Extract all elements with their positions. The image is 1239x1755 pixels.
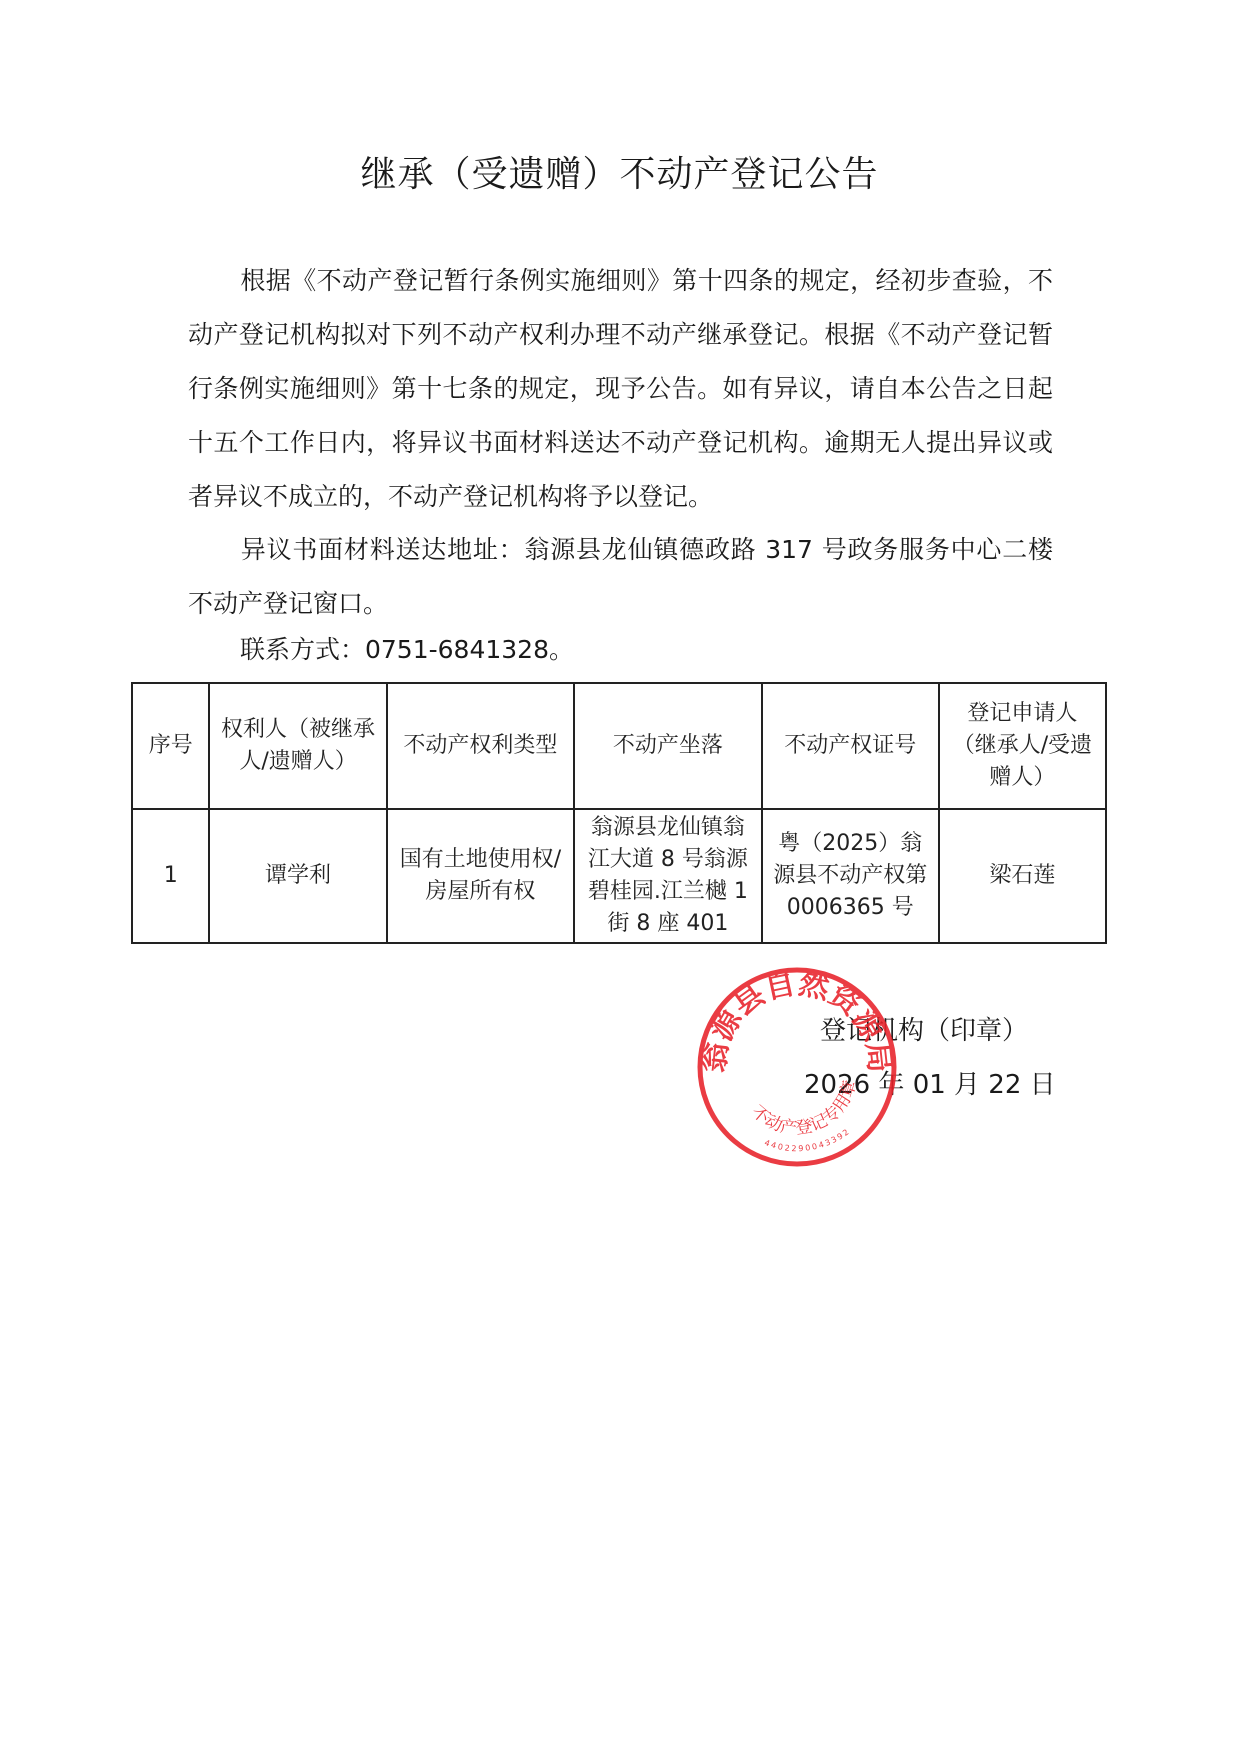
header-certificate-no: 不动产权证号 — [762, 683, 939, 809]
contact-text: 联系方式：0751-6841328。 — [240, 635, 574, 664]
objection-address-text: 异议书面材料送达地址：翁源县龙仙镇德政路 317 号政务服务中心二楼不动产登记窗… — [188, 535, 1053, 618]
registration-table: 序号 权利人（被继承人/遗赠人） 不动产权利类型 不动产坐落 不动产权证号 登记… — [131, 682, 1107, 944]
cell-right-type: 国有土地使用权/房屋所有权 — [387, 809, 574, 943]
objection-address-paragraph: 异议书面材料送达地址：翁源县龙仙镇德政路 317 号政务服务中心二楼不动产登记窗… — [188, 523, 1053, 631]
cell-index: 1 — [132, 809, 209, 943]
page-title: 继承（受遗赠）不动产登记公告 — [0, 146, 1239, 197]
cell-applicant: 梁石莲 — [939, 809, 1106, 943]
table-row: 1 谭学利 国有土地使用权/房屋所有权 翁源县龙仙镇翁江大道 8 号翁源碧桂园.… — [132, 809, 1106, 943]
cell-certificate-no: 粤（2025）翁源县不动产权第 0006365 号 — [762, 809, 939, 943]
header-holder: 权利人（被继承人/遗赠人） — [209, 683, 386, 809]
notice-paragraph: 根据《不动产登记暂行条例实施细则》第十四条的规定，经初步查验，不动产登记机构拟对… — [188, 254, 1053, 524]
cell-holder: 谭学利 — [209, 809, 386, 943]
seal-serial-number: 4402290043392 — [763, 1126, 852, 1153]
svg-text:4402290043392: 4402290043392 — [763, 1126, 852, 1153]
cell-location: 翁源县龙仙镇翁江大道 8 号翁源碧桂园.江兰樾 1 街 8 座 401 — [574, 809, 761, 943]
signing-date: 2026 年 01 月 22 日 — [804, 1064, 1056, 1101]
header-location: 不动产坐落 — [574, 683, 761, 809]
header-right-type: 不动产权利类型 — [387, 683, 574, 809]
contact-paragraph: 联系方式：0751-6841328。 — [188, 623, 1053, 677]
header-index: 序号 — [132, 683, 209, 809]
notice-body-text: 根据《不动产登记暂行条例实施细则》第十四条的规定，经初步查验，不动产登记机构拟对… — [188, 266, 1053, 511]
table-header-row: 序号 权利人（被继承人/遗赠人） 不动产权利类型 不动产坐落 不动产权证号 登记… — [132, 683, 1106, 809]
header-applicant: 登记申请人（继承人/受遗赠人） — [939, 683, 1106, 809]
signing-authority: 登记机构（印章） — [820, 1010, 1028, 1047]
